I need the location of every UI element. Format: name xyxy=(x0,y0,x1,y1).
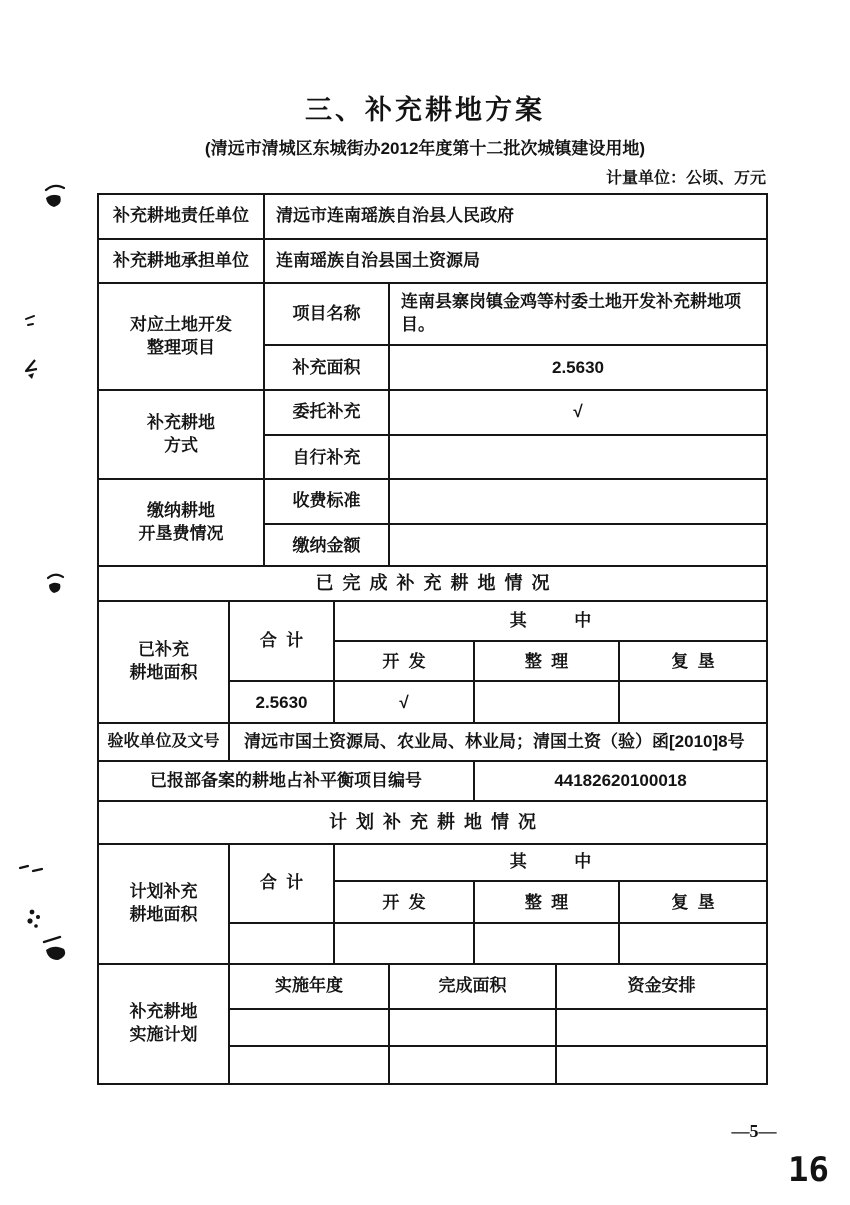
completed-consolidate-value xyxy=(475,682,620,724)
planned-total-column-header: 合计 xyxy=(230,845,335,922)
record-number-label: 已报部备案的耕地占补平衡项目编号 xyxy=(99,762,475,800)
impl-area-column-header: 完成面积 xyxy=(390,965,557,1008)
reclaim-column-header: 复垦 xyxy=(620,642,766,682)
project-name-label: 项目名称 xyxy=(265,284,390,344)
planned-section-header-row: 计划补充耕地情况 xyxy=(99,802,766,845)
acceptance-value: 清远市国土资源局、农业局、林业局；清国土资（验）函[2010]8号 xyxy=(230,724,766,760)
among-column-header: 其中 xyxy=(335,602,766,640)
method-label: 补充耕地 方式 xyxy=(99,391,265,478)
impl-year-column-header: 实施年度 xyxy=(230,965,390,1008)
supplement-farmland-form: 补充耕地责任单位 清远市连南瑶族自治县人民政府 补充耕地承担单位 连南瑶族自治县… xyxy=(97,193,768,1085)
implementation-section: 补充耕地 实施计划 实施年度 完成面积 资金安排 xyxy=(99,965,766,1083)
planned-consolidate-value xyxy=(475,924,620,965)
responsible-unit-row: 补充耕地责任单位 清远市连南瑶族自治县人民政府 xyxy=(99,195,766,240)
dev-project-label: 对应土地开发 整理项目 xyxy=(99,284,265,389)
impl-year-value xyxy=(230,1010,390,1045)
impl-data-row xyxy=(230,1047,766,1083)
self-supplement-label: 自行补充 xyxy=(265,436,390,480)
footer-page-number: —5— xyxy=(714,1121,794,1142)
fee-amount-value xyxy=(390,525,766,567)
impl-fund-column-header: 资金安排 xyxy=(557,965,766,1008)
ink-smudge-5 xyxy=(18,862,46,876)
record-number-row: 已报部备案的耕地占补平衡项目编号 44182620100018 xyxy=(99,762,766,802)
fee-standard-value xyxy=(390,480,766,523)
responsible-unit-label: 补充耕地责任单位 xyxy=(99,195,265,238)
consolidate-column-header: 整理 xyxy=(475,642,620,682)
completed-area-section: 已补充 耕地面积 合计 其中 开发 整理 复垦 2.5630 √ xyxy=(99,602,766,724)
planned-area-section: 计划补充 耕地面积 合计 其中 开发 整理 复垦 xyxy=(99,845,766,965)
impl-data-row xyxy=(230,1010,766,1047)
impl-fund-value xyxy=(557,1047,766,1083)
acceptance-label: 验收单位及文号 xyxy=(99,724,230,760)
page-subtitle: (清远市清城区东城街办2012年度第十二批次城镇建设用地) xyxy=(0,134,850,159)
completed-area-label: 已补充 耕地面积 xyxy=(99,602,230,722)
undertaking-unit-value: 连南瑶族自治县国土资源局 xyxy=(265,240,766,282)
ink-smudge-4 xyxy=(44,570,66,602)
fee-section: 缴纳耕地 开垦费情况 收费标准 缴纳金额 xyxy=(99,480,766,567)
impl-year-value xyxy=(230,1047,390,1083)
undertaking-unit-row: 补充耕地承担单位 连南瑶族自治县国土资源局 xyxy=(99,240,766,284)
completed-section-header-row: 已完成补充耕地情况 xyxy=(99,567,766,602)
record-number-value: 44182620100018 xyxy=(475,762,766,800)
supplement-area-value: 2.5630 xyxy=(390,346,766,391)
planned-develop-value xyxy=(335,924,475,965)
planned-among-column-header: 其中 xyxy=(335,845,766,880)
planned-reclaim-value xyxy=(620,924,766,965)
supplement-area-label: 补充面积 xyxy=(265,346,390,391)
completed-reclaim-value xyxy=(620,682,766,724)
undertaking-unit-label: 补充耕地承担单位 xyxy=(99,240,265,282)
method-section: 补充耕地 方式 委托补充 √ 自行补充 xyxy=(99,391,766,480)
implementation-label: 补充耕地 实施计划 xyxy=(99,965,230,1083)
entrusted-label: 委托补充 xyxy=(265,391,390,434)
completed-develop-checkmark: √ xyxy=(335,682,475,724)
ink-smudge-7 xyxy=(38,934,72,966)
responsible-unit-value: 清远市连南瑶族自治县人民政府 xyxy=(265,195,766,238)
impl-area-value xyxy=(390,1047,557,1083)
planned-develop-column-header: 开发 xyxy=(335,882,475,924)
planned-area-label: 计划补充 耕地面积 xyxy=(99,845,230,963)
dev-project-section: 对应土地开发 整理项目 项目名称 连南县寨岗镇金鸡等村委土地开发补充耕地项目。 … xyxy=(99,284,766,391)
ink-smudge-6 xyxy=(24,904,46,932)
self-supplement-value xyxy=(390,436,766,480)
planned-consolidate-column-header: 整理 xyxy=(475,882,620,924)
impl-area-value xyxy=(390,1010,557,1045)
fee-label: 缴纳耕地 开垦费情况 xyxy=(99,480,265,565)
unit-note: 计量单位：公顷、万元 xyxy=(0,165,766,188)
develop-column-header: 开发 xyxy=(335,642,475,682)
planned-section-header: 计划补充耕地情况 xyxy=(99,802,766,843)
ink-smudge-3 xyxy=(20,358,42,384)
fee-standard-label: 收费标准 xyxy=(265,480,390,523)
planned-total-value xyxy=(230,924,335,965)
entrusted-checkmark: √ xyxy=(390,391,766,434)
stamp-page-number: 16 xyxy=(788,1150,829,1190)
project-name-value: 连南县寨岗镇金鸡等村委土地开发补充耕地项目。 xyxy=(390,284,766,344)
ink-smudge-2 xyxy=(24,314,40,330)
planned-reclaim-column-header: 复垦 xyxy=(620,882,766,924)
fee-amount-label: 缴纳金额 xyxy=(265,525,390,567)
acceptance-row: 验收单位及文号 清远市国土资源局、农业局、林业局；清国土资（验）函[2010]8… xyxy=(99,724,766,762)
page-title: 三、补充耕地方案 xyxy=(0,88,850,127)
total-column-header: 合计 xyxy=(230,602,335,680)
impl-fund-value xyxy=(557,1010,766,1045)
completed-total-value: 2.5630 xyxy=(230,682,335,724)
completed-section-header: 已完成补充耕地情况 xyxy=(99,567,766,600)
